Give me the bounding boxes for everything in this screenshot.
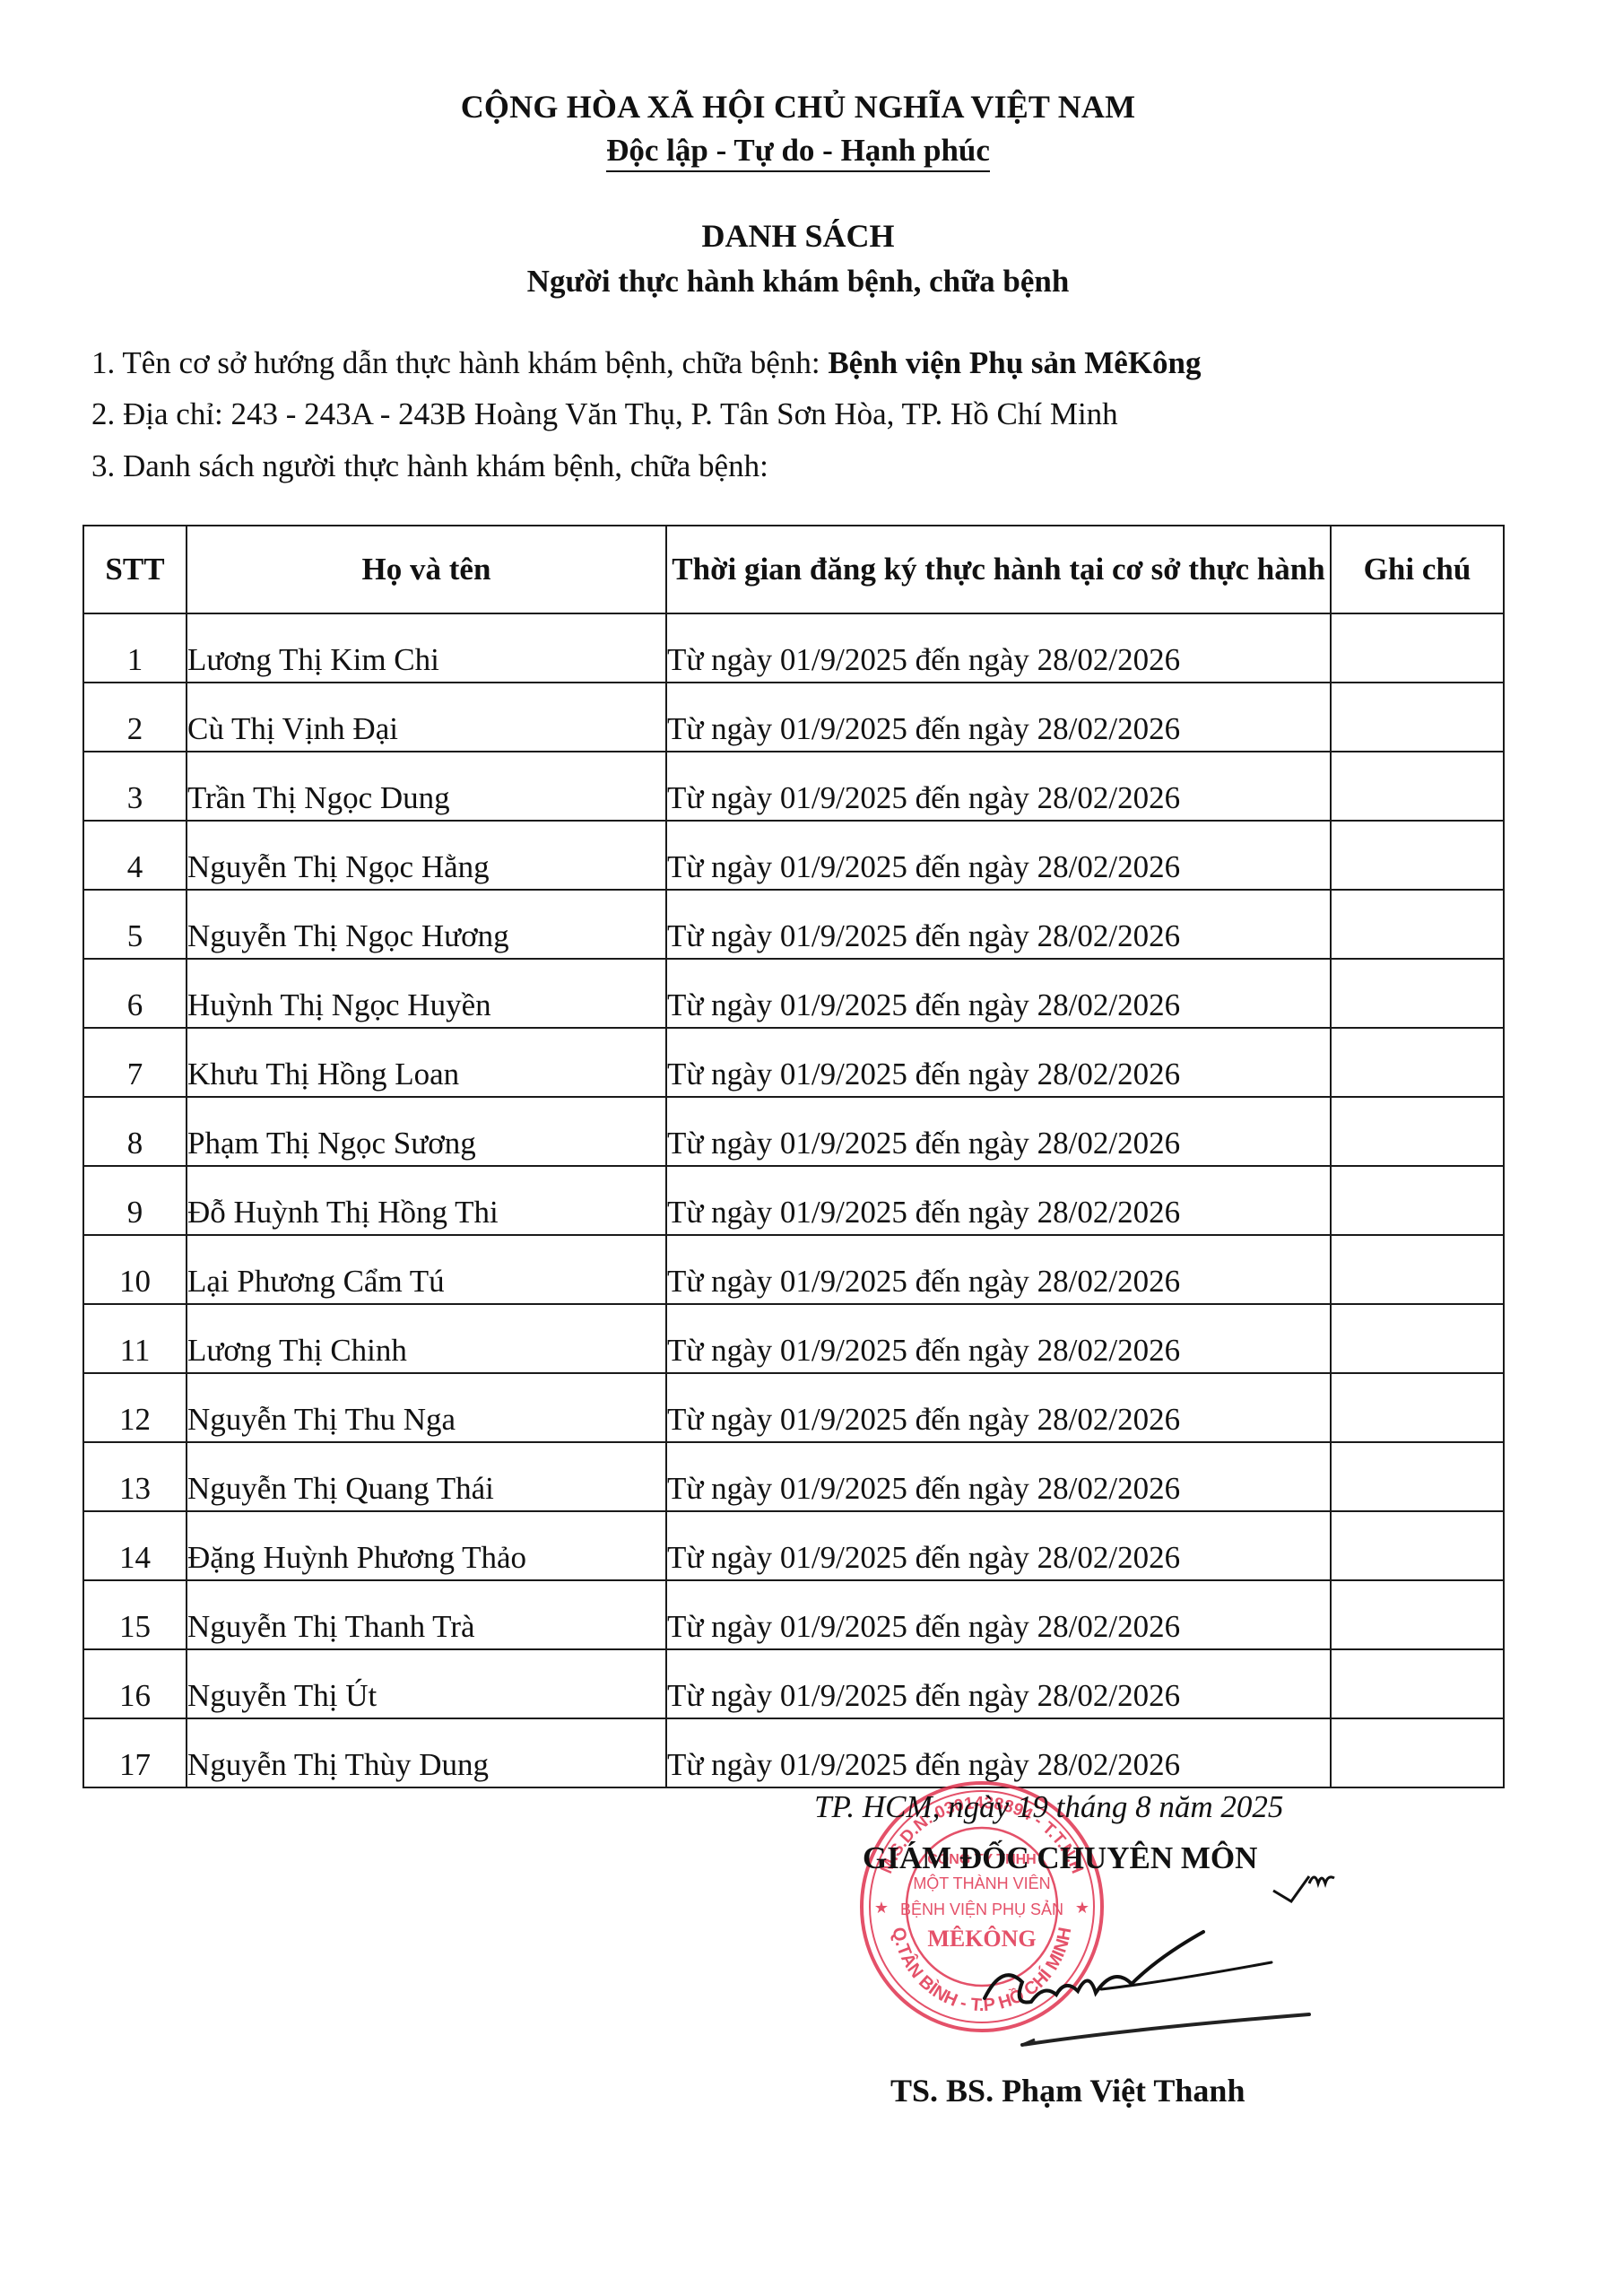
row-name: Nguyễn Thị Thu Nga: [187, 1373, 666, 1442]
row-stt: 6: [83, 959, 187, 1028]
row-period: Từ ngày 01/9/2025 đến ngày 28/02/2026: [666, 1097, 1331, 1166]
svg-text:Q.TÂN BÌNH - T.P HỒ CHÍ MINH: Q.TÂN BÌNH - T.P HỒ CHÍ MINH: [889, 1926, 1076, 2015]
stamp-outer-bottom: Q.TÂN BÌNH - T.P HỒ CHÍ MINH: [889, 1926, 1076, 2015]
list-intro-line: 3. Danh sách người thực hành khám bệnh, …: [91, 448, 768, 484]
row-note: [1331, 959, 1504, 1028]
row-name: Lương Thị Kim Chi: [187, 613, 666, 683]
row-stt: 14: [83, 1511, 187, 1580]
row-name: Lại Phương Cẩm Tú: [187, 1235, 666, 1304]
row-name: Phạm Thị Ngọc Sương: [187, 1097, 666, 1166]
row-name: Lương Thị Chinh: [187, 1304, 666, 1373]
row-period: Từ ngày 01/9/2025 đến ngày 28/02/2026: [666, 890, 1331, 959]
stamp-inner-line4: MÊKÔNG: [927, 1926, 1036, 1952]
row-note: [1331, 890, 1504, 959]
row-period: Từ ngày 01/9/2025 đến ngày 28/02/2026: [666, 1304, 1331, 1373]
table-row: 3Trần Thị Ngọc DungTừ ngày 01/9/2025 đến…: [83, 752, 1504, 821]
stamp-star-left: ★: [874, 1899, 889, 1918]
table-row: 15Nguyễn Thị Thanh TràTừ ngày 01/9/2025 …: [83, 1580, 1504, 1649]
row-stt: 7: [83, 1028, 187, 1097]
row-note: [1331, 1235, 1504, 1304]
table-header-row: STT Họ và tên Thời gian đăng ký thực hàn…: [83, 526, 1504, 613]
row-stt: 11: [83, 1304, 187, 1373]
header-note: Ghi chú: [1331, 526, 1504, 613]
row-stt: 4: [83, 821, 187, 890]
document-title: DANH SÁCH: [0, 217, 1596, 255]
signing-place-date: TP. HCM, ngày 19 tháng 8 năm 2025: [814, 1789, 1283, 1825]
row-name: Nguyễn Thị Út: [187, 1649, 666, 1718]
signer-name: TS. BS. Phạm Việt Thanh: [890, 2072, 1245, 2109]
signature-scribble-icon: [933, 1865, 1354, 2063]
row-name: Khưu Thị Hồng Loan: [187, 1028, 666, 1097]
table-row: 9Đỗ Huỳnh Thị Hồng ThiTừ ngày 01/9/2025 …: [83, 1166, 1504, 1235]
row-period: Từ ngày 01/9/2025 đến ngày 28/02/2026: [666, 1580, 1331, 1649]
row-stt: 3: [83, 752, 187, 821]
row-period: Từ ngày 01/9/2025 đến ngày 28/02/2026: [666, 821, 1331, 890]
row-period: Từ ngày 01/9/2025 đến ngày 28/02/2026: [666, 683, 1331, 752]
table-row: 1Lương Thị Kim ChiTừ ngày 01/9/2025 đến …: [83, 613, 1504, 683]
row-note: [1331, 613, 1504, 683]
handwritten-signature: [933, 1865, 1354, 2063]
row-stt: 1: [83, 613, 187, 683]
table-row: 2Cù Thị Vịnh ĐạiTừ ngày 01/9/2025 đến ng…: [83, 683, 1504, 752]
nation-heading: CỘNG HÒA XÃ HỘI CHỦ NGHĨA VIỆT NAM: [0, 88, 1596, 126]
row-name: Nguyễn Thị Thùy Dung: [187, 1718, 666, 1787]
row-note: [1331, 1373, 1504, 1442]
row-note: [1331, 683, 1504, 752]
table-row: 6Huỳnh Thị Ngọc HuyềnTừ ngày 01/9/2025 đ…: [83, 959, 1504, 1028]
row-stt: 5: [83, 890, 187, 959]
table-row: 16Nguyễn Thị ÚtTừ ngày 01/9/2025 đến ngà…: [83, 1649, 1504, 1718]
table-row: 17Nguyễn Thị Thùy DungTừ ngày 01/9/2025 …: [83, 1718, 1504, 1787]
row-note: [1331, 1649, 1504, 1718]
row-period: Từ ngày 01/9/2025 đến ngày 28/02/2026: [666, 959, 1331, 1028]
row-period: Từ ngày 01/9/2025 đến ngày 28/02/2026: [666, 613, 1331, 683]
row-stt: 8: [83, 1097, 187, 1166]
motto-text: Độc lập - Tự do - Hạnh phúc: [606, 133, 990, 172]
row-period: Từ ngày 01/9/2025 đến ngày 28/02/2026: [666, 1442, 1331, 1511]
stamp-inner-line2: MỘT THÀNH VIÊN: [913, 1874, 1050, 1892]
row-name: Nguyễn Thị Ngọc Hương: [187, 890, 666, 959]
row-period: Từ ngày 01/9/2025 đến ngày 28/02/2026: [666, 1649, 1331, 1718]
row-note: [1331, 1718, 1504, 1787]
facility-name-line: 1. Tên cơ sở hướng dẫn thực hành khám bệ…: [91, 345, 1202, 381]
table-row: 11Lương Thị ChinhTừ ngày 01/9/2025 đến n…: [83, 1304, 1504, 1373]
facility-name-value: Bệnh viện Phụ sản MêKông: [828, 345, 1201, 380]
row-period: Từ ngày 01/9/2025 đến ngày 28/02/2026: [666, 1166, 1331, 1235]
row-period: Từ ngày 01/9/2025 đến ngày 28/02/2026: [666, 1373, 1331, 1442]
row-stt: 2: [83, 683, 187, 752]
row-stt: 10: [83, 1235, 187, 1304]
practitioner-table: STT Họ và tên Thời gian đăng ký thực hàn…: [82, 525, 1505, 1788]
row-name: Nguyễn Thị Quang Thái: [187, 1442, 666, 1511]
row-note: [1331, 1580, 1504, 1649]
row-name: Nguyễn Thị Thanh Trà: [187, 1580, 666, 1649]
row-name: Huỳnh Thị Ngọc Huyền: [187, 959, 666, 1028]
table-body: 1Lương Thị Kim ChiTừ ngày 01/9/2025 đến …: [83, 613, 1504, 1787]
table-row: 5Nguyễn Thị Ngọc HươngTừ ngày 01/9/2025 …: [83, 890, 1504, 959]
table-row: 10Lại Phương Cẩm TúTừ ngày 01/9/2025 đến…: [83, 1235, 1504, 1304]
stamp-star-right: ★: [1075, 1899, 1089, 1918]
facility-name-label: 1. Tên cơ sở hướng dẫn thực hành khám bệ…: [91, 345, 828, 380]
row-stt: 15: [83, 1580, 187, 1649]
row-stt: 13: [83, 1442, 187, 1511]
row-note: [1331, 1511, 1504, 1580]
row-period: Từ ngày 01/9/2025 đến ngày 28/02/2026: [666, 752, 1331, 821]
row-note: [1331, 1166, 1504, 1235]
row-period: Từ ngày 01/9/2025 đến ngày 28/02/2026: [666, 1511, 1331, 1580]
row-period: Từ ngày 01/9/2025 đến ngày 28/02/2026: [666, 1235, 1331, 1304]
row-name: Đặng Huỳnh Phương Thảo: [187, 1511, 666, 1580]
row-note: [1331, 1097, 1504, 1166]
row-stt: 12: [83, 1373, 187, 1442]
row-name: Trần Thị Ngọc Dung: [187, 752, 666, 821]
document-subtitle: Người thực hành khám bệnh, chữa bệnh: [0, 264, 1596, 300]
header-period: Thời gian đăng ký thực hành tại cơ sở th…: [666, 526, 1331, 613]
table-row: 14Đặng Huỳnh Phương ThảoTừ ngày 01/9/202…: [83, 1511, 1504, 1580]
row-name: Cù Thị Vịnh Đại: [187, 683, 666, 752]
row-stt: 17: [83, 1718, 187, 1787]
row-period: Từ ngày 01/9/2025 đến ngày 28/02/2026: [666, 1718, 1331, 1787]
table-row: 12Nguyễn Thị Thu NgaTừ ngày 01/9/2025 đế…: [83, 1373, 1504, 1442]
header-name: Họ và tên: [187, 526, 666, 613]
header-stt: STT: [83, 526, 187, 613]
row-name: Đỗ Huỳnh Thị Hồng Thi: [187, 1166, 666, 1235]
row-note: [1331, 1304, 1504, 1373]
row-stt: 16: [83, 1649, 187, 1718]
row-note: [1331, 821, 1504, 890]
row-name: Nguyễn Thị Ngọc Hằng: [187, 821, 666, 890]
table-row: 4Nguyễn Thị Ngọc HằngTừ ngày 01/9/2025 đ…: [83, 821, 1504, 890]
row-stt: 9: [83, 1166, 187, 1235]
table-row: 13Nguyễn Thị Quang TháiTừ ngày 01/9/2025…: [83, 1442, 1504, 1511]
motto-heading: Độc lập - Tự do - Hạnh phúc: [0, 133, 1596, 172]
table-row: 7Khưu Thị Hồng LoanTừ ngày 01/9/2025 đến…: [83, 1028, 1504, 1097]
row-note: [1331, 1028, 1504, 1097]
signer-position: GIÁM ĐỐC CHUYÊN MÔN: [863, 1840, 1257, 1876]
stamp-inner-line3: BỆNH VIỆN PHỤ SẢN: [900, 1900, 1063, 1918]
row-note: [1331, 752, 1504, 821]
address-line: 2. Địa chỉ: 243 - 243A - 243B Hoàng Văn …: [91, 396, 1118, 432]
table-row: 8Phạm Thị Ngọc SươngTừ ngày 01/9/2025 đế…: [83, 1097, 1504, 1166]
row-note: [1331, 1442, 1504, 1511]
row-period: Từ ngày 01/9/2025 đến ngày 28/02/2026: [666, 1028, 1331, 1097]
